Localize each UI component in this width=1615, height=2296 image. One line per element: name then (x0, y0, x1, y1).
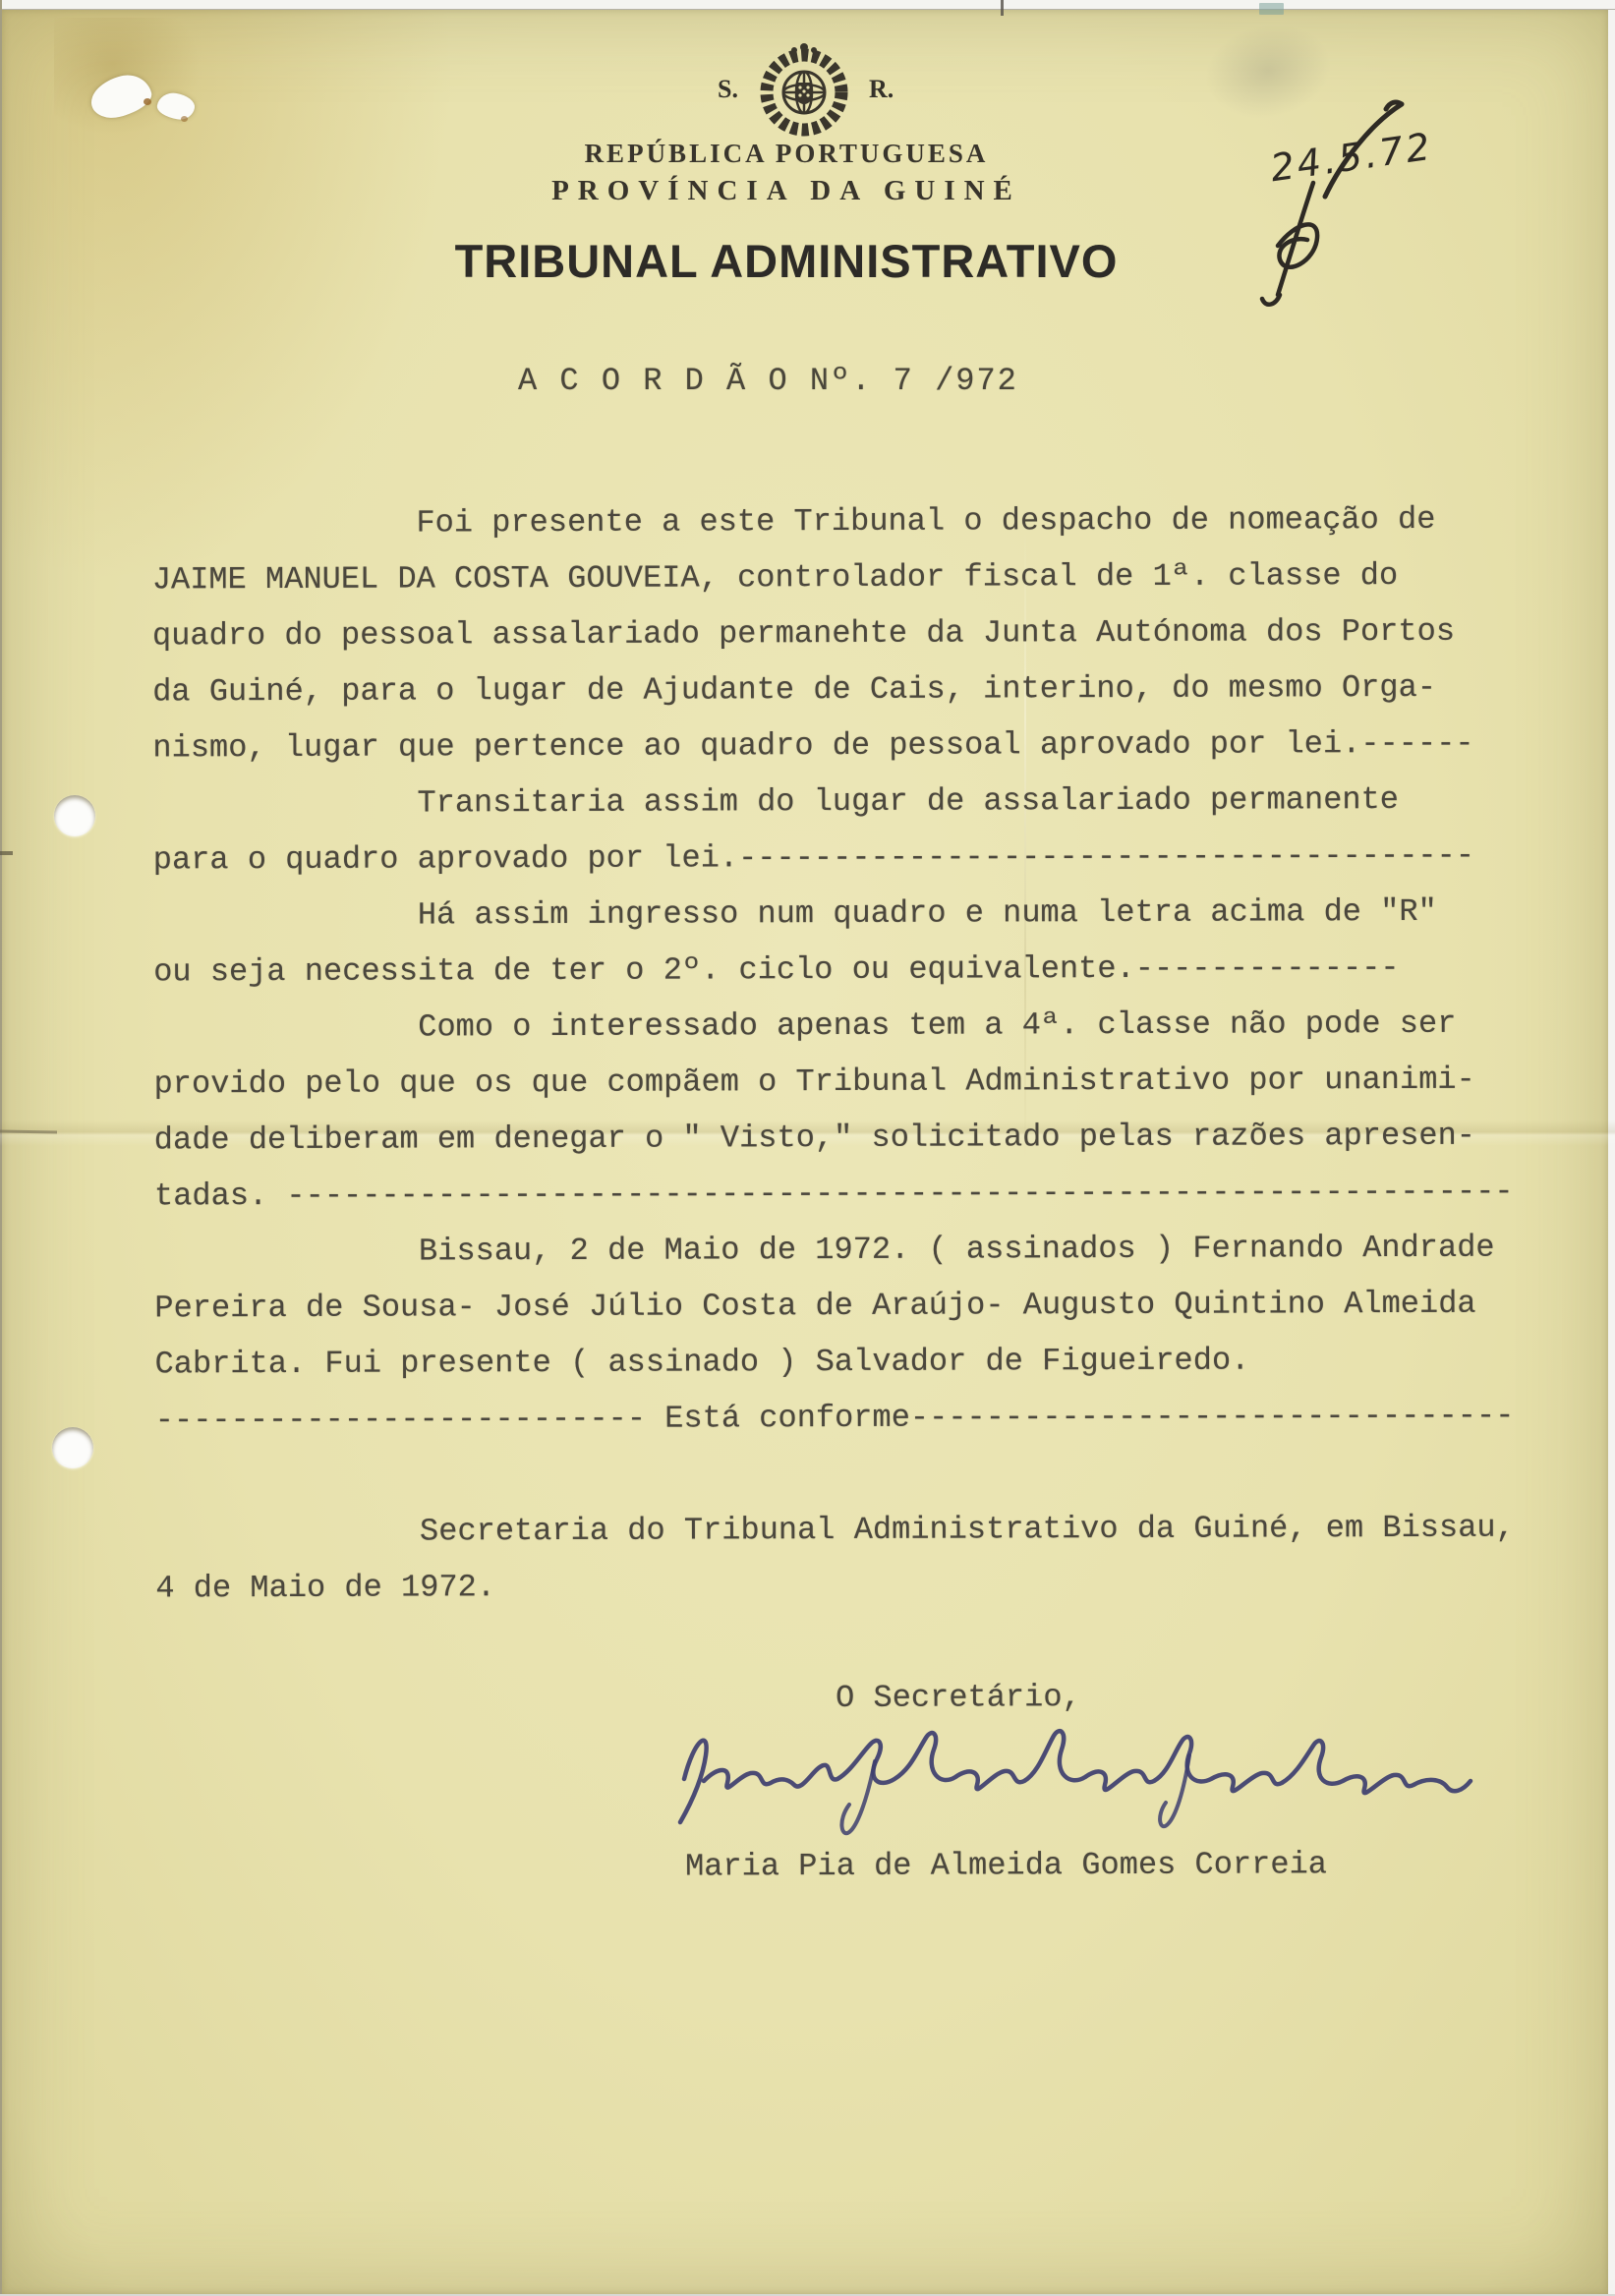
scan-edge-top (0, 9, 1615, 10)
body-line: Foi presente a este Tribunal o despacho … (152, 500, 1512, 561)
body-line (155, 1453, 1515, 1514)
body-line: tadas. ---------------------------------… (154, 1173, 1514, 1234)
margin-mark (0, 851, 13, 855)
scan-edge-left (0, 0, 2, 2296)
pen-tick-mark (1001, 0, 1004, 16)
body-line: -------------------------- Está conforme… (155, 1397, 1515, 1458)
handwritten-initials (1250, 175, 1378, 313)
rust-speck (144, 98, 151, 105)
letterhead-r: R. (869, 75, 894, 104)
body-line: quadro do pessoal assalariado permanehte… (152, 612, 1512, 673)
secretary-signature (668, 1710, 1504, 1843)
body-line: 4 de Maio de 1972. (155, 1565, 1515, 1626)
body-line: Cabrita. Fui presente ( assinado ) Salva… (155, 1341, 1515, 1402)
body-line: Há assim ingresso num quadro e numa letr… (153, 892, 1513, 953)
body-line: ou seja necessita de ter o 2º. ciclo ou … (153, 948, 1513, 1009)
body-line: Bissau, 2 de Maio de 1972. ( assinados )… (154, 1229, 1514, 1290)
body-line: Como o interessado apenas tem a 4ª. clas… (153, 1004, 1513, 1065)
body-line: Transitaria assim do lugar de assalariad… (153, 780, 1513, 841)
body-line: JAIME MANUEL DA COSTA GOUVEIA, controlad… (152, 556, 1512, 617)
rust-speck (181, 116, 188, 122)
body-line: dade deliberam em denegar o " Visto," so… (154, 1117, 1514, 1177)
typed-body: Foi presente a este Tribunal o despacho … (152, 500, 1517, 1906)
coat-of-arms-icon (757, 39, 851, 142)
body-line: provido pelo que os que compãem o Tribun… (154, 1061, 1514, 1121)
punch-hole (52, 1427, 93, 1468)
scan-color-artifact (1259, 3, 1284, 15)
body-line: da Guiné, para o lugar de Ajudante de Ca… (152, 668, 1512, 729)
body-line: Maria Pia de Almeida Gomes Correia (156, 1845, 1516, 1906)
document-number-heading: A C O R D Ã O Nº. 7 /972 (518, 363, 1018, 399)
body-line: para o quadro aprovado por lei.---------… (153, 836, 1513, 897)
body-line: nismo, lugar que pertence ao quadro de p… (152, 724, 1512, 785)
letterhead-s: S. (718, 75, 738, 104)
body-line: Secretaria do Tribunal Administrativo da… (155, 1509, 1515, 1570)
punch-hole (54, 795, 95, 836)
body-line: Pereira de Sousa- José Júlio Costa de Ar… (154, 1285, 1514, 1346)
scan-background: S. R. REPÚBLICA PORTUGUESA PROVÍNCIA DA … (0, 0, 1615, 2296)
body-line (155, 1621, 1515, 1682)
